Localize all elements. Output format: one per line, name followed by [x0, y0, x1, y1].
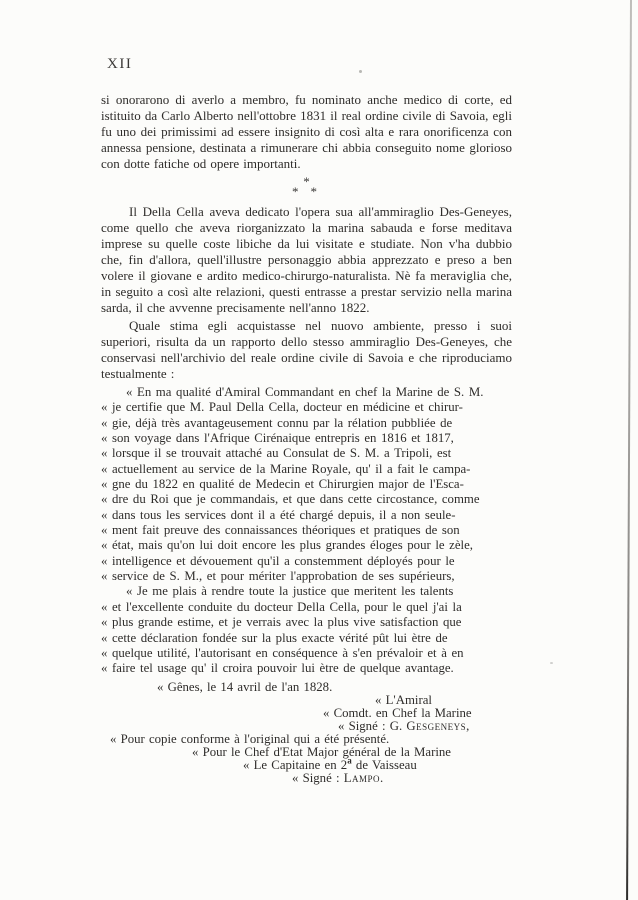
quote-line: « gie, déjà très avantageusement connu p…	[101, 416, 512, 431]
quote-line: « actuellement au service de la Marine R…	[101, 462, 512, 477]
paragraph-3: Quale stima egli acquistasse nel nuovo a…	[101, 318, 512, 382]
page-number: XII	[107, 56, 132, 73]
quote-line: « et l'excellente conduite du docteur De…	[101, 600, 512, 615]
signature-name: Lampo	[344, 771, 380, 785]
quote-line: « dans tous les services dont il a été c…	[101, 508, 512, 523]
signature-prefix: « Signé : G.	[338, 719, 406, 733]
date-line: « Gênes, le 14 avril de l'an 1828.	[157, 680, 512, 694]
quote-line: « son voyage dans l'Afrique Cirénaique e…	[101, 431, 512, 446]
copy-conforme-line: « Pour copie conforme à l'original qui a…	[110, 733, 512, 746]
quote-line: « ment fait preuve des connaissances thé…	[101, 523, 512, 538]
text-block: si onorarono di averlo a membro, fu nomi…	[101, 92, 512, 785]
signature-name: Gesgeneys	[406, 719, 466, 733]
signature-title-amiral: « L'Amiral	[375, 694, 512, 707]
quote-line: « état, mais qu'on lui doit encore les p…	[101, 538, 512, 553]
asterism-divider: * * *	[101, 177, 512, 197]
signature-prefix: « Signé :	[292, 771, 344, 785]
paragraph-2: Il Della Cella aveva dedicato l'opera su…	[101, 204, 512, 316]
quote-line: « faire tel usage qu' il croira pouvoir …	[101, 661, 512, 676]
quote-line: « cette déclaration fondée sur la plus e…	[101, 631, 512, 646]
signature-lampo: « Signé : Lampo.	[292, 772, 512, 785]
quote-line: « je certifie que M. Paul Della Cella, d…	[101, 400, 512, 415]
quote-line: « dre du Roi que je commandais, et que d…	[101, 492, 512, 507]
quote-line: « Je me plais à rendre toute la justice …	[101, 584, 512, 599]
signature-suffix: ,	[466, 719, 469, 733]
paragraph-1: si onorarono di averlo a membro, fu nomi…	[101, 92, 512, 172]
scan-dot-artifact	[359, 70, 362, 73]
quote-line: « En ma qualité d'Amiral Commandant en c…	[101, 385, 512, 400]
quote-line: « intelligence et dévouement qu'il a con…	[101, 554, 512, 569]
quote-line: « service de S. M., et pour mériter l'ap…	[101, 569, 512, 584]
quote-line: « plus grande estime, et je verrais avec…	[101, 615, 512, 630]
asterism-bottom: * *	[101, 187, 512, 197]
scanned-book-page: XII si onorarono di averlo a membro, fu …	[0, 0, 638, 900]
quote-line: « quelque utilité, l'autorisant en consé…	[101, 646, 512, 661]
quote-line: « lorsque il se trouvait attaché au Cons…	[101, 446, 512, 461]
signature-gesgeneys: « Signé : G. Gesgeneys,	[338, 720, 512, 733]
quote-line: « gne du 1822 en qualité de Medecin et C…	[101, 477, 512, 492]
quoted-report: « En ma qualité d'Amiral Commandant en c…	[101, 385, 512, 677]
capitaine-suffix: de Vaisseau	[352, 758, 417, 772]
capitaine-prefix: « Le Capitaine en 2	[243, 758, 347, 772]
scan-speck-artifact	[550, 662, 553, 664]
scan-edge-shadow	[626, 0, 632, 900]
signature-suffix: .	[380, 771, 383, 785]
